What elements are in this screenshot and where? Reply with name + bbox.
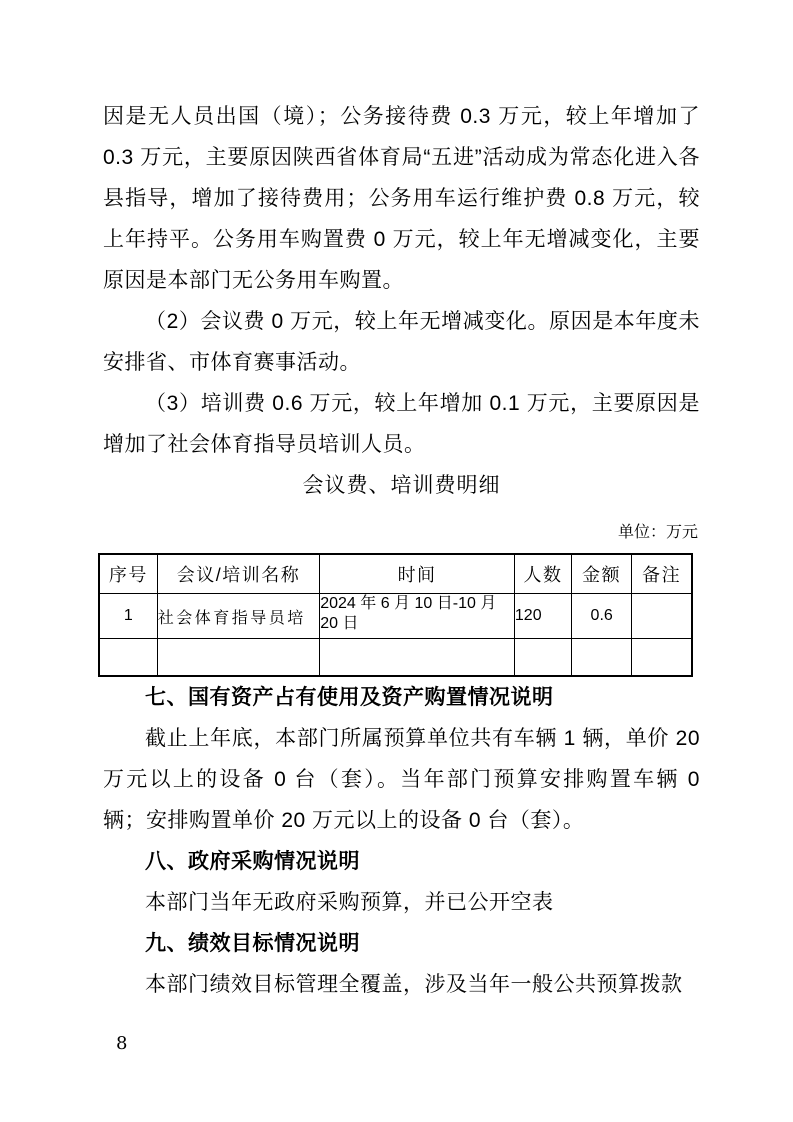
section-body-assets: 截止上年底，本部门所属预算单位共有车辆 1 辆，单价 20 万元以上的设备 0 … xyxy=(103,718,700,841)
cell-serial xyxy=(99,639,157,677)
column-header-people: 人数 xyxy=(514,554,571,594)
column-header-time: 时间 xyxy=(320,554,515,594)
table-row xyxy=(99,639,692,677)
table-header-row: 序号 会议/培训名称 时间 人数 金额 备注 xyxy=(99,554,692,594)
cell-people xyxy=(514,639,571,677)
cell-amount xyxy=(572,639,632,677)
section-heading-performance: 九、绩效目标情况说明 xyxy=(103,923,700,964)
cell-amount: 0.6 xyxy=(572,594,632,639)
cell-name: 社会体育指导员培 xyxy=(157,594,320,639)
document-page: 因是无人员出国（境）；公务接待费 0.3 万元，较上年增加了 0.3 万元，主要… xyxy=(0,0,793,1122)
page-number: 8 xyxy=(116,1031,127,1057)
cell-time: 2024 年 6 月 10 日-10 月 20 日 xyxy=(320,594,515,639)
paragraph-continuation: 因是无人员出国（境）；公务接待费 0.3 万元，较上年增加了 0.3 万元，主要… xyxy=(103,96,700,301)
section-body-performance: 本部门绩效目标管理全覆盖，涉及当年一般公共预算拨款 xyxy=(103,964,700,1005)
paragraph-training-fee: （3）培训费 0.6 万元，较上年增加 0.1 万元，主要原因是增加了社会体育指… xyxy=(103,383,700,465)
document-content: 因是无人员出国（境）；公务接待费 0.3 万元，较上年增加了 0.3 万元，主要… xyxy=(103,96,700,1005)
unit-note: 单位：万元 xyxy=(103,523,700,543)
section-body-procurement: 本部门当年无政府采购预算，并已公开空表 xyxy=(103,882,700,923)
cell-remark xyxy=(632,639,692,677)
cell-name xyxy=(157,639,320,677)
cell-people: 120 xyxy=(514,594,571,639)
section-heading-assets: 七、国有资产占有使用及资产购置情况说明 xyxy=(103,677,700,718)
column-header-serial: 序号 xyxy=(99,554,157,594)
paragraph-meeting-fee: （2）会议费 0 万元，较上年无增减变化。原因是本年度未安排省、市体育赛事活动。 xyxy=(103,301,700,383)
column-header-remark: 备注 xyxy=(632,554,692,594)
table-title: 会议费、培训费明细 xyxy=(103,465,700,506)
cell-remark xyxy=(632,594,692,639)
cell-time xyxy=(320,639,515,677)
fees-table: 序号 会议/培训名称 时间 人数 金额 备注 1 社会体育指导员培 2024 年… xyxy=(98,553,693,677)
table-row: 1 社会体育指导员培 2024 年 6 月 10 日-10 月 20 日 120… xyxy=(99,594,692,639)
column-header-name: 会议/培训名称 xyxy=(157,554,320,594)
cell-serial: 1 xyxy=(99,594,157,639)
section-heading-procurement: 八、政府采购情况说明 xyxy=(103,841,700,882)
column-header-amount: 金额 xyxy=(572,554,632,594)
